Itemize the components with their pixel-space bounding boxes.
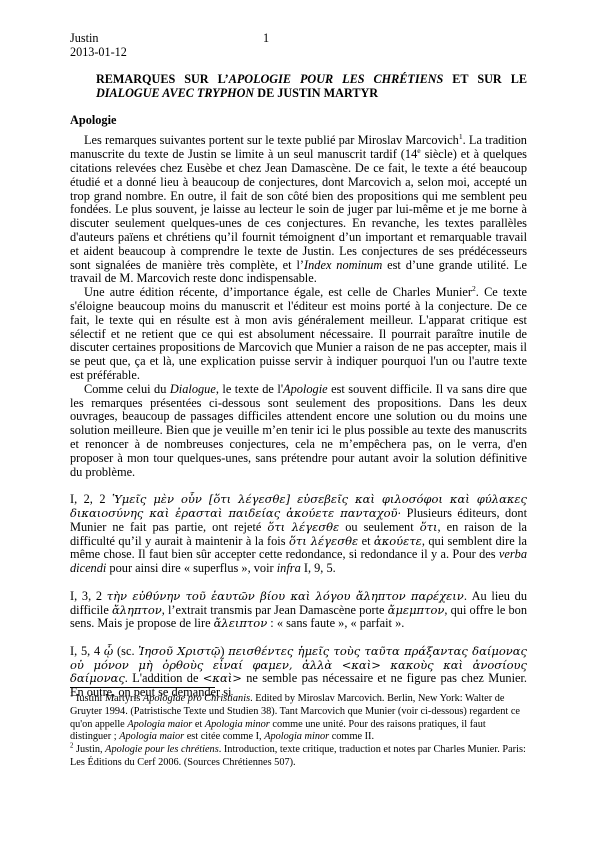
text-run: ou seulement <box>339 520 419 534</box>
text-run: Une autre édition récente, d’importance … <box>84 285 472 299</box>
paragraph: Les remarques suivantes portent sur le t… <box>70 134 527 286</box>
text-run: ET SUR LE <box>443 72 527 86</box>
text-run: est souvent difficile. Il va sans dire q… <box>70 382 527 479</box>
footnote: 1 Iustini Martyris Apologiae pro Christi… <box>70 693 527 744</box>
text-run: . L'addition de <box>125 671 203 685</box>
text-run: et <box>192 719 205 730</box>
text-run: DIALOGUE AVEC TRYPHON <box>96 86 254 100</box>
text-run: et <box>358 534 374 548</box>
text-run: Les remarques suivantes portent sur le t… <box>84 133 459 147</box>
page-number: 1 <box>263 31 269 45</box>
document-page: Justin 2013-01-12 1 REMARQUES SUR L’APOL… <box>0 0 595 842</box>
text-run: siècle) et à quelques citations relevées… <box>70 147 527 271</box>
text-run: Index nominum <box>304 258 382 272</box>
text-run: Apologia maior <box>119 731 184 742</box>
header-date: 2013-01-12 <box>70 45 527 59</box>
text-run: I, 2, 2 <box>70 492 112 506</box>
text-run: est citée comme I, <box>184 731 264 742</box>
text-run: DE JUSTIN MARTYR <box>254 86 378 100</box>
greek-run: <καὶ> <box>203 671 242 685</box>
greek-run: ἄληπτον <box>112 603 162 617</box>
header-author: Justin <box>70 31 527 45</box>
document-title: REMARQUES SUR L’APOLOGIE POUR LES CHRÉTI… <box>96 72 527 100</box>
page-header: Justin 2013-01-12 <box>70 31 527 59</box>
text-run: Iustini Martyris <box>73 693 143 704</box>
greek-run: ἀκούετε <box>374 534 422 548</box>
paragraph: Comme celui du Dialogue, le texte de l'A… <box>70 383 527 480</box>
paragraph: I, 3, 2 τὴν εὐθύνην τοῦ ἑαυτῶν βίου καὶ … <box>70 590 527 631</box>
text-run: infra <box>277 561 301 575</box>
text-run: Apologia minor <box>264 731 329 742</box>
greek-run: ᾧ <box>104 644 113 658</box>
text-run: , le texte de l' <box>216 382 283 396</box>
text-run: REMARQUES SUR L’ <box>96 72 229 86</box>
title-line: DIALOGUE AVEC TRYPHON DE JUSTIN MARTYR <box>96 86 527 100</box>
greek-run: Ἰησοῦ Χριστῷ <box>138 644 220 658</box>
footnote-separator <box>70 687 215 688</box>
title-line: REMARQUES SUR L’APOLOGIE POUR LES CHRÉTI… <box>96 72 527 86</box>
footnote-area: 1 Iustini Martyris Apologiae pro Christi… <box>70 687 527 770</box>
text-run: Comme celui du <box>84 382 170 396</box>
section-heading: Apologie <box>70 113 527 127</box>
text-run: APOLOGIE POUR LES CHRÉTIENS <box>229 72 444 86</box>
text-run: Apologiae pro Christianis <box>143 693 250 704</box>
greek-run: ὅτι λέγεσθε <box>267 520 339 534</box>
paragraph: I, 2, 2 Ὑμεῖς μὲν οὖν [ὅτι λέγεσθε] εὐσε… <box>70 493 527 576</box>
text-run: Apologia minor <box>205 719 270 730</box>
text-run: , l’extrait transmis par Jean Damascène … <box>162 603 388 617</box>
greek-run: τὴν εὐθύνην τοῦ ἑαυτῶν βίου καὶ λόγου ἄλ… <box>107 589 464 603</box>
greek-run: ἄμεμπτον <box>388 603 445 617</box>
text-run: (sc. <box>113 644 138 658</box>
text-run: . Ce texte s'éloigne beaucoup moins du m… <box>70 285 527 382</box>
text-run: Dialogue <box>170 382 216 396</box>
greek-run: ὅτι λέγεσθε <box>289 534 358 548</box>
text-run: Justin, <box>73 744 105 755</box>
text-run: Apologie <box>283 382 328 396</box>
footnote-list: 1 Iustini Martyris Apologiae pro Christi… <box>70 693 527 770</box>
text-run: : « sans faute », « parfait ». <box>267 616 404 630</box>
greek-run: ἄλειπτον <box>214 616 268 630</box>
text-run: Apologie pour les chrétiens <box>105 744 219 755</box>
text-run: I, 9, 5. <box>301 561 336 575</box>
document-body: Les remarques suivantes portent sur le t… <box>70 134 527 700</box>
text-run: pour ainsi dire « superflus », voir <box>106 561 276 575</box>
greek-run: ὅτι <box>420 520 438 534</box>
text-run: I, 3, 2 <box>70 589 107 603</box>
paragraph: Une autre édition récente, d’importance … <box>70 286 527 383</box>
text-run: I, 5, 4 <box>70 644 104 658</box>
footnote: 2 Justin, Apologie pour les chrétiens. I… <box>70 744 527 770</box>
text-run: Apologia maior <box>127 719 192 730</box>
text-run: comme II. <box>329 731 374 742</box>
